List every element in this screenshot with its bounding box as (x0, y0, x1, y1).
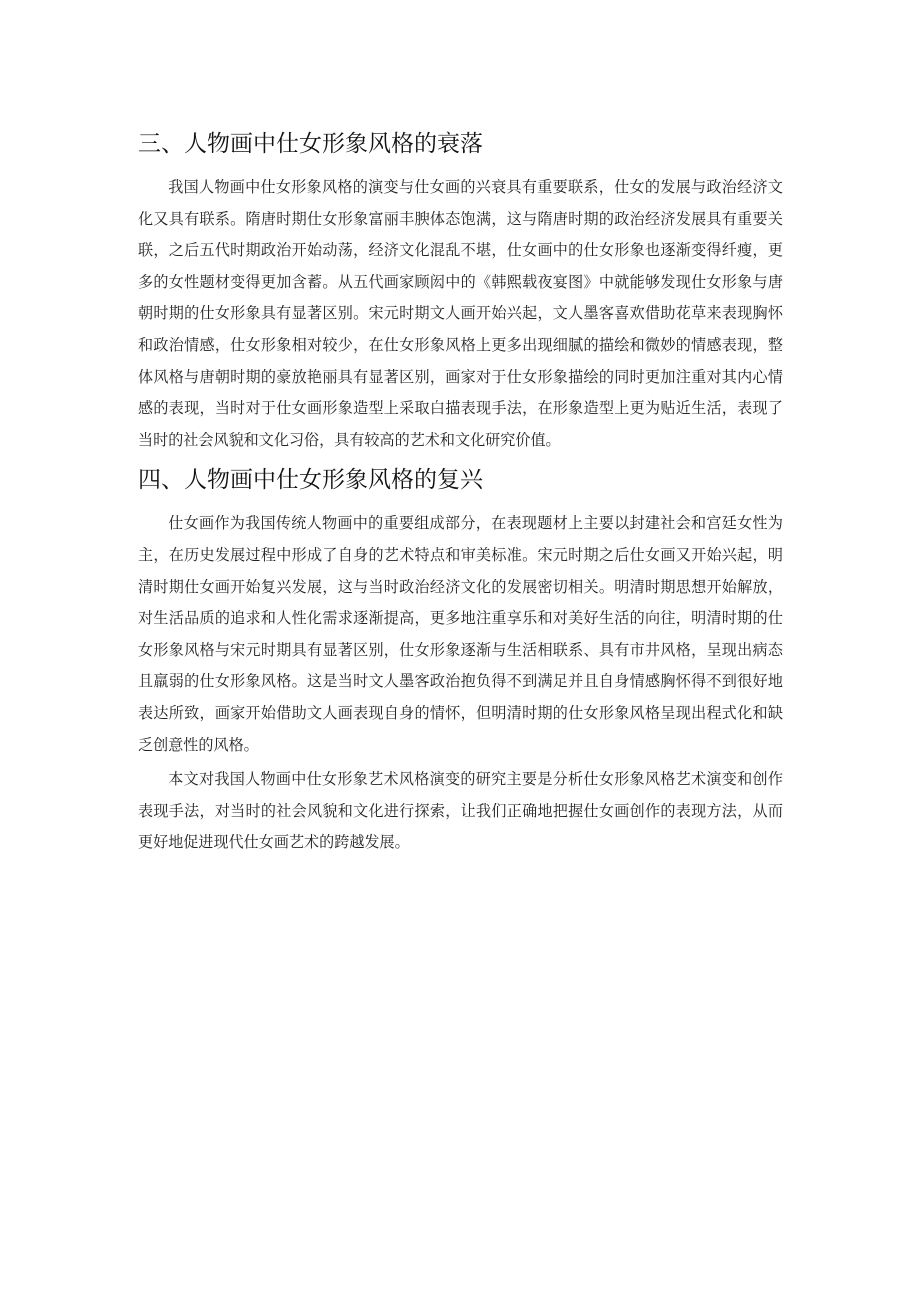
body-paragraph: 仕女画作为我国传统人物画中的重要组成部分，在表现题材上主要以封建社会和宫廷女性为… (138, 508, 783, 761)
body-paragraph-conclusion: 本文对我国人物画中仕女形象艺术风格演变的研究主要是分析仕女形象风格艺术演变和创作… (138, 764, 783, 859)
section-revival: 四、人物画中仕女形象风格的复兴 仕女画作为我国传统人物画中的重要组成部分，在表现… (138, 460, 783, 859)
body-paragraph: 我国人物画中仕女形象风格的演变与仕女画的兴衰具有重要联系，仕女的发展与政治经济文… (138, 172, 783, 456)
section-decline: 三、人物画中仕女形象风格的衰落 我国人物画中仕女形象风格的演变与仕女画的兴衰具有… (138, 124, 783, 456)
section-heading: 四、人物画中仕女形象风格的复兴 (138, 460, 783, 500)
document-page: 三、人物画中仕女形象风格的衰落 我国人物画中仕女形象风格的演变与仕女画的兴衰具有… (138, 124, 783, 859)
section-heading: 三、人物画中仕女形象风格的衰落 (138, 124, 783, 164)
